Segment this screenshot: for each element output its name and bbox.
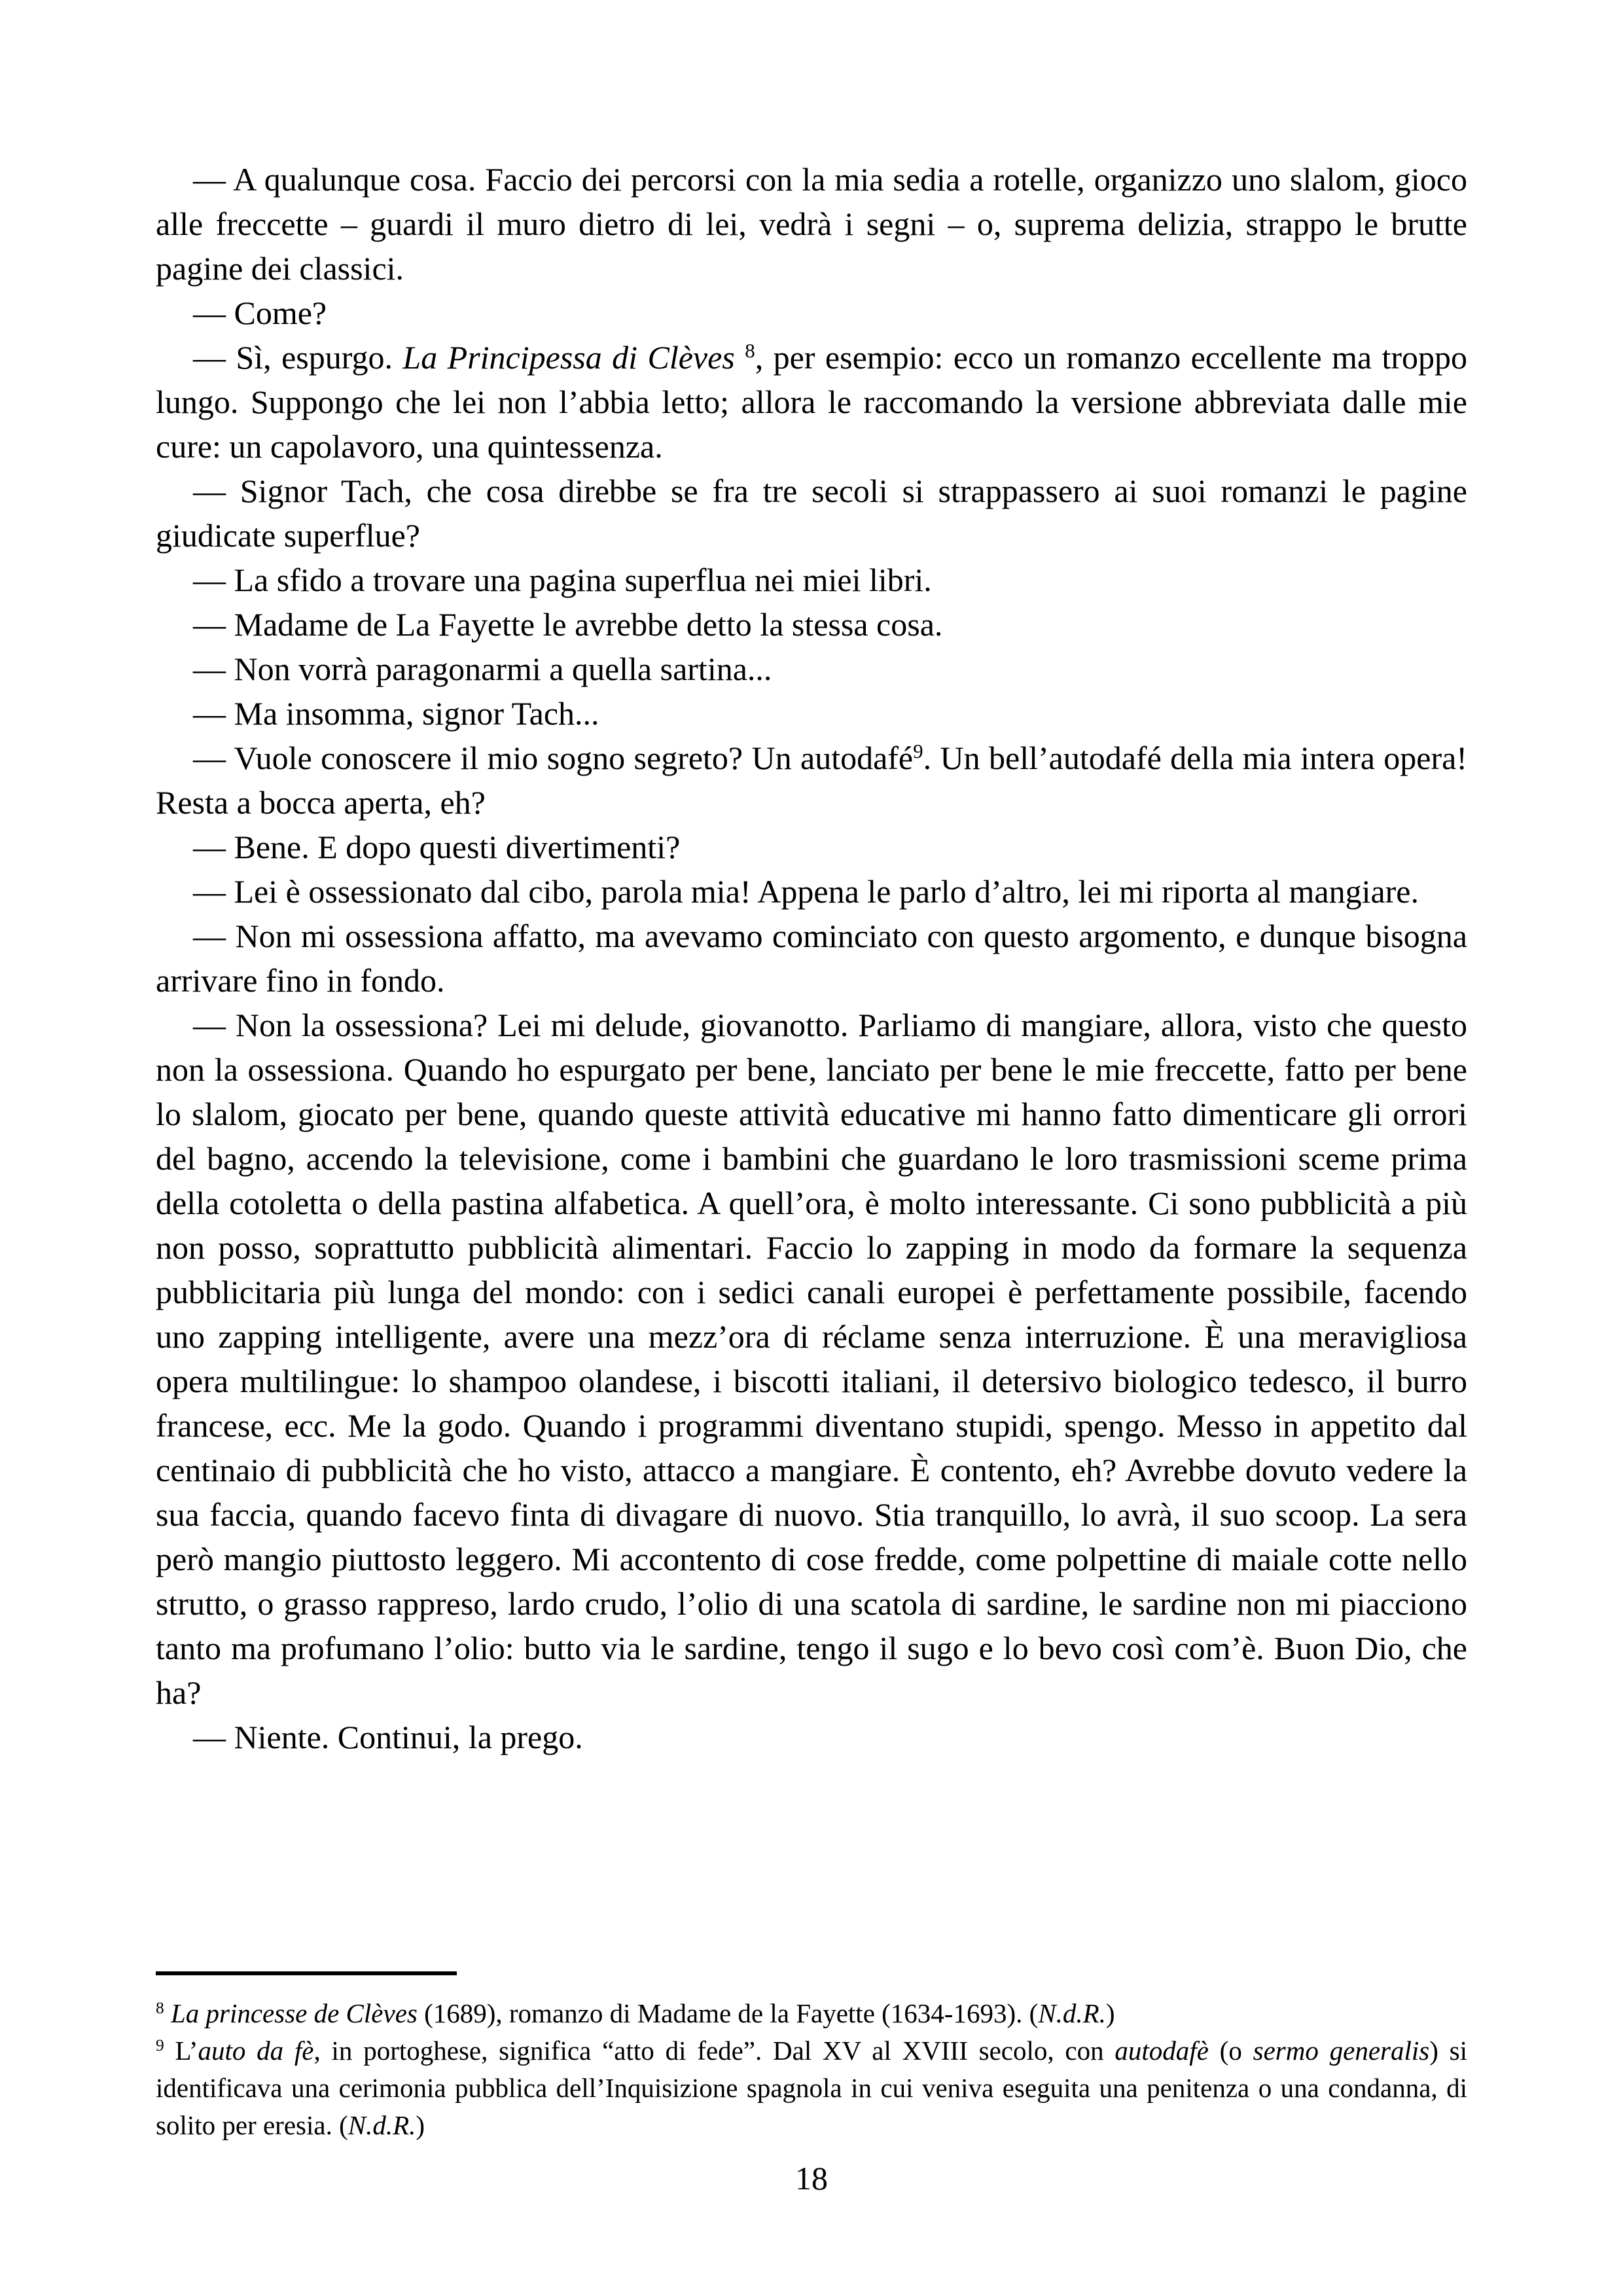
text-run: — Non la ossessiona? Lei mi delude, giov… bbox=[156, 1007, 1467, 1711]
text-run: — A qualunque cosa. Faccio dei percorsi … bbox=[156, 161, 1467, 287]
text-run: sermo generalis bbox=[1253, 2036, 1430, 2066]
text-run: — Non mi ossessiona affatto, ma avevamo … bbox=[156, 918, 1467, 999]
paragraph: — Ma insomma, signor Tach... bbox=[156, 691, 1467, 736]
footnote-marker: 9 bbox=[156, 2036, 164, 2054]
text-run: La princesse de Clèves bbox=[171, 1998, 418, 2028]
text-run: ) bbox=[416, 2110, 425, 2140]
document-page: — A qualunque cosa. Faccio dei percorsi … bbox=[0, 0, 1623, 2296]
text-run: N.d.R. bbox=[348, 2110, 416, 2140]
text-run: — Signor Tach, che cosa direbbe se fra t… bbox=[156, 473, 1467, 554]
text-run: — La sfido a trovare una pagina superflu… bbox=[193, 562, 932, 598]
text-run: autodafè bbox=[1115, 2036, 1208, 2066]
page-number: 18 bbox=[0, 2159, 1623, 2198]
body-text: — A qualunque cosa. Faccio dei percorsi … bbox=[156, 157, 1467, 1759]
paragraph: — Non mi ossessiona affatto, ma avevamo … bbox=[156, 914, 1467, 1003]
paragraph: — Vuole conoscere il mio sogno segreto? … bbox=[156, 736, 1467, 825]
text-run: — Non vorrà paragonarmi a quella sartina… bbox=[193, 651, 772, 687]
text-run: — Lei è ossessionato dal cibo, parola mi… bbox=[193, 873, 1419, 910]
paragraph: — Sì, espurgo. La Principessa di Clèves … bbox=[156, 335, 1467, 469]
paragraph: — A qualunque cosa. Faccio dei percorsi … bbox=[156, 157, 1467, 291]
text-run: L’ bbox=[164, 2036, 198, 2066]
text-run bbox=[164, 1998, 171, 2028]
footnote: 8 La princesse de Clèves (1689), romanzo… bbox=[156, 1995, 1467, 2032]
text-run: ) bbox=[1106, 1998, 1115, 2028]
paragraph: — Signor Tach, che cosa direbbe se fra t… bbox=[156, 469, 1467, 558]
footnote-area: 8 La princesse de Clèves (1689), romanzo… bbox=[156, 1971, 1467, 2144]
paragraph: — Madame de La Fayette le avrebbe detto … bbox=[156, 602, 1467, 647]
text-run: — Bene. E dopo questi divertimenti? bbox=[193, 829, 680, 865]
footnote-reference: 8 bbox=[745, 339, 755, 362]
paragraph: — Bene. E dopo questi divertimenti? bbox=[156, 825, 1467, 869]
text-run: — Ma insomma, signor Tach... bbox=[193, 695, 599, 732]
paragraph: — Lei è ossessionato dal cibo, parola mi… bbox=[156, 869, 1467, 914]
paragraph: — La sfido a trovare una pagina superflu… bbox=[156, 558, 1467, 602]
text-run: , in portoghese, significa “atto di fede… bbox=[314, 2036, 1115, 2066]
footnote-marker: 8 bbox=[156, 1999, 164, 2017]
text-run: auto da fè bbox=[198, 2036, 313, 2066]
paragraph: — Non la ossessiona? Lei mi delude, giov… bbox=[156, 1003, 1467, 1715]
text-run: — Sì, espurgo. bbox=[193, 339, 402, 376]
paragraph: — Non vorrà paragonarmi a quella sartina… bbox=[156, 647, 1467, 691]
footnotes: 8 La princesse de Clèves (1689), romanzo… bbox=[156, 1995, 1467, 2144]
text-run: La Principessa di Clèves bbox=[402, 339, 734, 376]
text-run: N.d.R. bbox=[1038, 1998, 1106, 2028]
text-run: — Madame de La Fayette le avrebbe detto … bbox=[193, 606, 942, 643]
footnote-reference: 9 bbox=[913, 740, 923, 762]
text-run: — Come? bbox=[193, 295, 327, 331]
text-run bbox=[735, 339, 745, 376]
paragraph: — Niente. Continui, la prego. bbox=[156, 1715, 1467, 1759]
text-run: (o bbox=[1209, 2036, 1253, 2066]
footnote: 9 L’auto da fè, in portoghese, significa… bbox=[156, 2032, 1467, 2144]
text-run: — Niente. Continui, la prego. bbox=[193, 1719, 583, 1755]
text-run: — Vuole conoscere il mio sogno segreto? … bbox=[193, 740, 913, 776]
text-run: (1689), romanzo di Madame de la Fayette … bbox=[418, 1998, 1038, 2028]
footnote-separator-rule bbox=[156, 1971, 457, 1975]
paragraph: — Come? bbox=[156, 291, 1467, 335]
